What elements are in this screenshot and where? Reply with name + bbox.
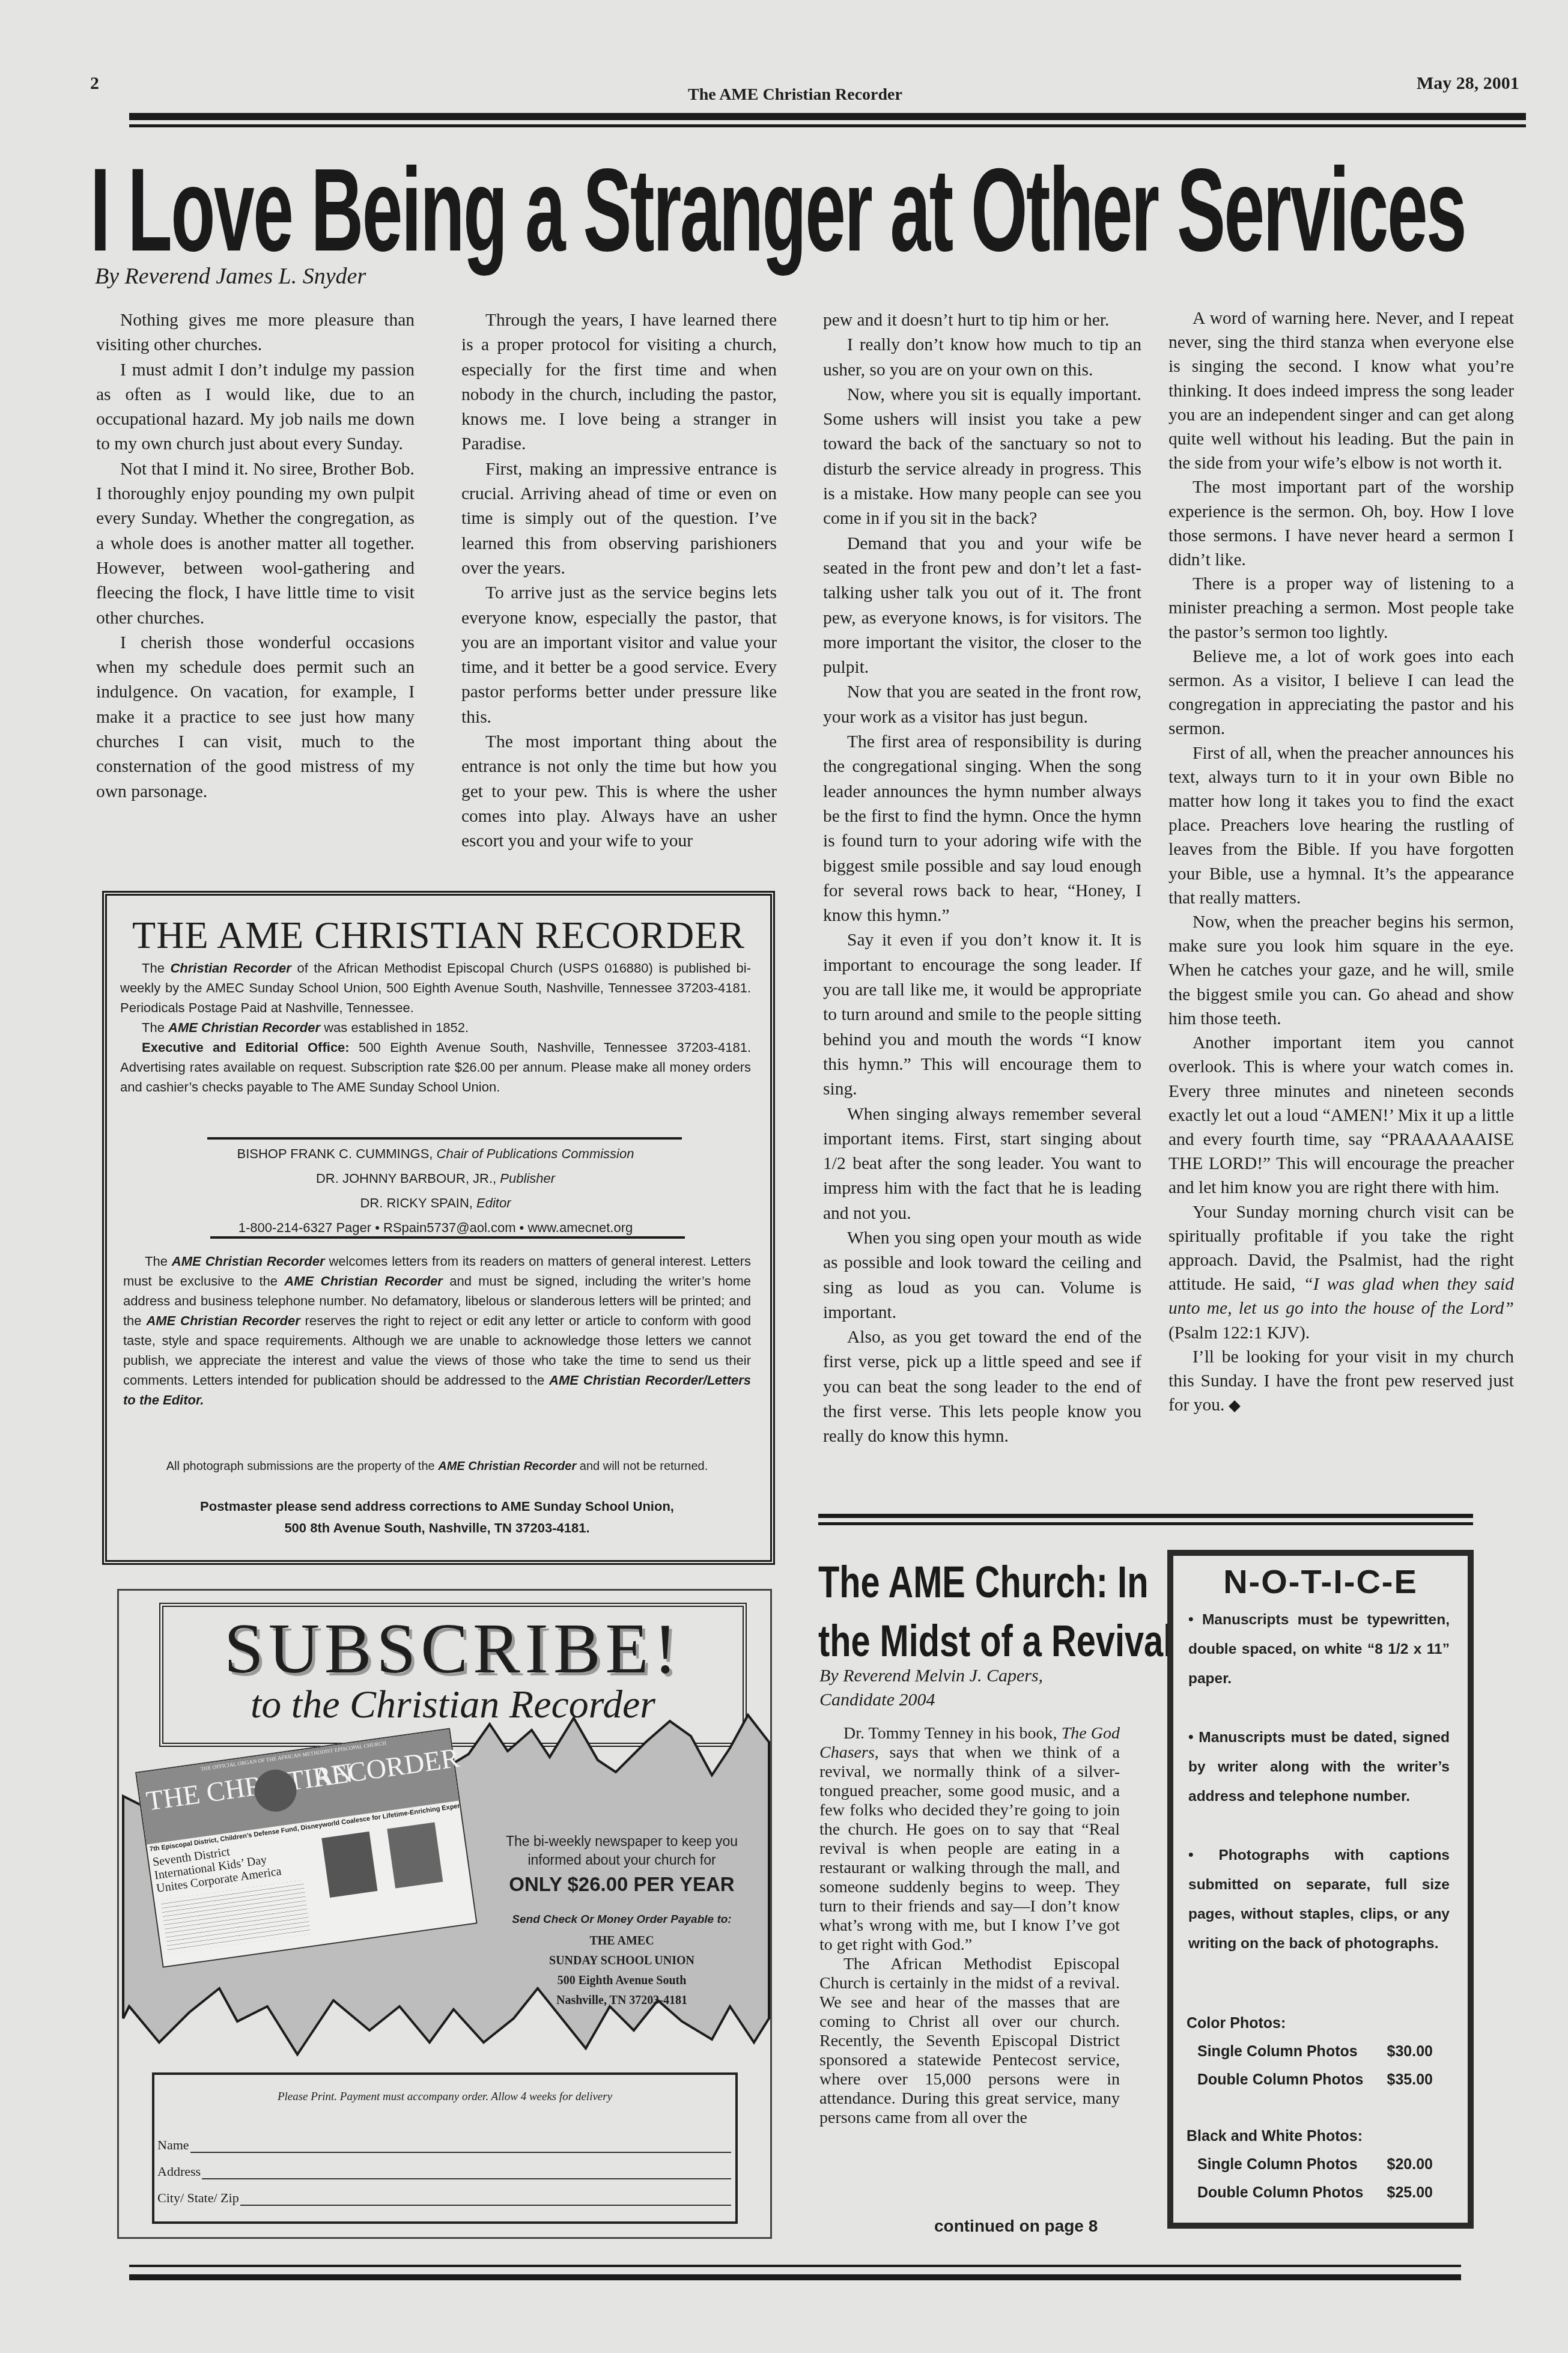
footer-rule <box>129 2274 1461 2280</box>
postmaster-notice: Postmaster please send address correctio… <box>123 1496 751 1539</box>
paragraph: Not that I mind it. No siree, Brother Bo… <box>96 457 415 631</box>
letters-policy: The AME Christian Recorder welcomes lett… <box>123 1251 751 1410</box>
paragraph: The most important part of the worship e… <box>1168 475 1514 572</box>
address-input-line[interactable] <box>202 2167 731 2179</box>
paragraph: I must admit I don’t indulge my passion … <box>96 358 415 457</box>
price-row: Double Column Photos$35.00 <box>1187 2066 1451 2094</box>
running-head: The AME Christian Recorder <box>688 85 902 105</box>
name-field[interactable]: Name <box>157 2137 731 2153</box>
notice-rules: • Manuscripts must be typewritten, doubl… <box>1188 1605 1450 1988</box>
paragraph: Demand that you and your wife be seated … <box>823 532 1141 681</box>
section-rule-thin <box>818 1522 1473 1525</box>
name-input-line[interactable] <box>190 2141 731 2153</box>
paragraph: Now, when the preacher begins his sermon… <box>1168 910 1514 1031</box>
masthead-divider <box>207 1137 682 1140</box>
subscribe-blurb: The bi-weekly newspaper to keep you info… <box>493 1832 751 1869</box>
color-photos-heading: Color Photos: <box>1187 2009 1451 2038</box>
article-column-4: A word of warning here. Never, and I rep… <box>1168 306 1514 1417</box>
paragraph: I really don’t know how much to tip an u… <box>823 333 1141 383</box>
paragraph: pew and it doesn’t hurt to tip him or he… <box>823 308 1141 333</box>
paragraph: The most important thing about the entra… <box>461 730 777 854</box>
paragraph: Now, where you sit is equally important.… <box>823 383 1141 532</box>
photo-thumbnail <box>321 1832 377 1898</box>
notice-title: N-O-T-I-C-E <box>1173 1562 1468 1601</box>
issue-date: May 28, 2001 <box>1417 73 1519 94</box>
paragraph: Believe me, a lot of work goes into each… <box>1168 645 1514 741</box>
subscribe-price: ONLY $26.00 PER YEAR <box>493 1873 751 1896</box>
page-number: 2 <box>90 73 99 94</box>
payable-to-label: Send Check Or Money Order Payable to: <box>493 1913 751 1926</box>
staff-publisher: DR. JOHNNY BARBOUR, JR., Publisher <box>120 1166 751 1191</box>
header-rule-thin <box>129 124 1526 127</box>
paragraph: When singing always remember several imp… <box>823 1102 1141 1226</box>
paragraph-closing: I’ll be looking for your visit in my chu… <box>1168 1345 1514 1418</box>
header-rule <box>129 113 1526 120</box>
form-instructions: Please Print. Payment must accompany ord… <box>152 2090 738 2104</box>
staff-chair: BISHOP FRANK C. CUMMINGS, Chair of Publi… <box>120 1141 751 1166</box>
paragraph: First of all, when the preacher announce… <box>1168 741 1514 910</box>
masthead-staff: BISHOP FRANK C. CUMMINGS, Chair of Publi… <box>120 1141 751 1240</box>
photo-policy: All photograph submissions are the prope… <box>123 1457 751 1477</box>
paragraph: The first area of responsibility is duri… <box>823 730 1141 928</box>
paragraph: I cherish those wonderful occasions when… <box>96 631 415 804</box>
paragraph-psalm: Your Sunday morning church visit can be … <box>1168 1200 1514 1345</box>
paragraph: A word of warning here. Never, and I rep… <box>1168 306 1514 475</box>
paragraph: Now that you are seated in the front row… <box>823 680 1141 730</box>
paragraph: To arrive just as the service begins let… <box>461 581 777 730</box>
photo-thumbnail <box>387 1822 443 1888</box>
city-state-zip-input-line[interactable] <box>240 2194 731 2206</box>
price-row: Single Column Photos$30.00 <box>1187 2038 1451 2066</box>
article-headline: I Love Being a Stranger at Other Service… <box>90 150 984 270</box>
paragraph: Through the years, I have learned there … <box>461 308 777 457</box>
paragraph: First, making an impressive entrance is … <box>461 457 777 581</box>
article-column-1: Nothing gives me more pleasure than visi… <box>96 308 415 804</box>
staff-editor: DR. RICKY SPAIN, Editor <box>120 1191 751 1215</box>
article2-body: Dr. Tommy Tenney in his book, The God Ch… <box>819 1724 1120 2128</box>
paragraph: Say it even if you don’t know it. It is … <box>823 928 1141 1102</box>
subscribe-title: SUBSCRIBE! <box>159 1610 747 1688</box>
article2-byline: By Reverend Melvin J. Capers, Candidate … <box>819 1664 1043 1712</box>
continued-link[interactable]: continued on page 8 <box>934 2217 1098 2236</box>
masthead-divider-2 <box>210 1236 685 1239</box>
bw-photos-heading: Black and White Photos: <box>1187 2122 1451 2151</box>
footer-rule-thin <box>129 2265 1461 2267</box>
paragraph: When you sing open your mouth as wide as… <box>823 1226 1141 1325</box>
article-column-2: Through the years, I have learned there … <box>461 308 777 854</box>
section-rule <box>818 1514 1473 1518</box>
paragraph: Nothing gives me more pleasure than visi… <box>96 308 415 358</box>
notice-item: • Manuscripts must be dated, signed by w… <box>1188 1723 1450 1811</box>
notice-item: • Photographs with captions submitted on… <box>1188 1841 1450 1958</box>
masthead-title: THE AME CHRISTIAN RECORDER <box>105 913 772 958</box>
paragraph: There is a proper way of listening to a … <box>1168 572 1514 645</box>
price-row: Double Column Photos$25.00 <box>1187 2179 1451 2207</box>
payee-address: THE AMEC SUNDAY SCHOOL UNION 500 Eighth … <box>493 1931 751 2011</box>
photo-price-list: Color Photos: Single Column Photos$30.00… <box>1187 2009 1451 2207</box>
article-column-3: pew and it doesn’t hurt to tip him or he… <box>823 308 1141 1450</box>
city-state-zip-field[interactable]: City/ State/ Zip <box>157 2190 731 2206</box>
masthead-info: The Christian Recorder of the African Me… <box>120 958 751 1097</box>
paragraph: Also, as you get toward the end of the f… <box>823 1325 1141 1449</box>
paragraph: Another important item you cannot overlo… <box>1168 1031 1514 1200</box>
order-form-fields: Name Address City/ State/ Zip <box>157 2137 731 2206</box>
notice-item: • Manuscripts must be typewritten, doubl… <box>1188 1605 1450 1693</box>
address-field[interactable]: Address <box>157 2164 731 2179</box>
end-mark-diamond-icon <box>1229 1400 1241 1412</box>
article-byline: By Reverend James L. Snyder <box>95 263 366 290</box>
price-row: Single Column Photos$20.00 <box>1187 2151 1451 2179</box>
